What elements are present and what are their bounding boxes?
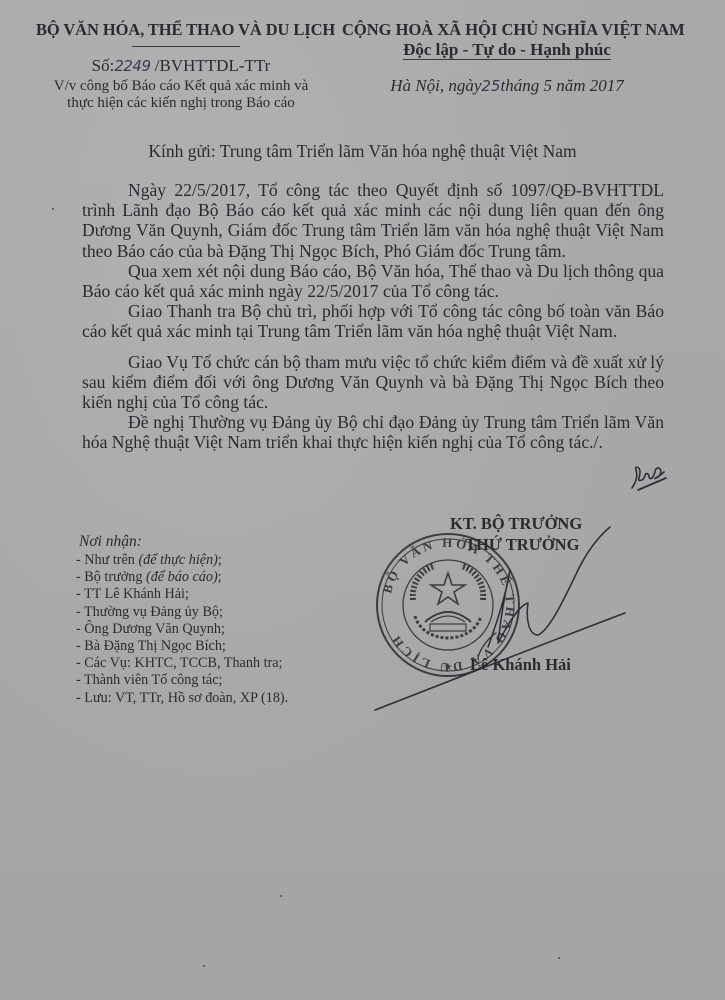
subject-line: thực hiện các kiến nghị trong Báo cáo xyxy=(36,95,326,112)
recipient-item: - Thường vụ Đảng ủy Bộ; xyxy=(76,604,288,621)
signature-icon xyxy=(370,525,630,715)
ministry-underline xyxy=(132,46,240,47)
document-body: Ngày 22/5/2017, Tổ công tác theo Quyết đ… xyxy=(82,180,664,453)
recipient-item: - Các Vụ: KHTC, TCCB, Thanh tra; xyxy=(76,655,288,672)
document-number: Số:2249 /BVHTTDL-TTr xyxy=(36,56,326,76)
recipient-item: - Bà Đặng Thị Ngọc Bích; xyxy=(76,638,288,655)
paper-speck xyxy=(558,957,560,959)
recipients-list: - Như trên (để thực hiện); - Bộ trưởng (… xyxy=(76,552,288,707)
recipient-item: - TT Lê Khánh Hải; xyxy=(76,586,288,603)
document-subject: V/v công bố Báo cáo Kết quả xác minh và … xyxy=(36,78,326,112)
recipient-item: - Lưu: VT, TTr, Hồ sơ đoàn, XP (18). xyxy=(76,690,288,707)
body-paragraph: Qua xem xét nội dung Báo cáo, Bộ Văn hóa… xyxy=(82,261,664,301)
recipient-item: - Như trên (để thực hiện); xyxy=(76,552,288,569)
date-suffix: tháng 5 năm 2017 xyxy=(500,76,623,95)
subject-line: V/v công bố Báo cáo Kết quả xác minh và xyxy=(36,78,326,95)
recipient-item: - Bộ trưởng (để báo cáo); xyxy=(76,569,288,586)
body-paragraph: Giao Thanh tra Bộ chủ trì, phối hợp với … xyxy=(82,301,664,341)
recipient-line: Kính gửi: Trung tâm Triển lãm Văn hóa ng… xyxy=(0,141,725,162)
handwritten-day: 25 xyxy=(481,77,500,95)
ministry-name: BỘ VĂN HÓA, THỂ THAO VÀ DU LỊCH xyxy=(36,20,326,40)
number-suffix: /BVHTTDL-TTr xyxy=(155,56,271,75)
paper-speck xyxy=(52,208,54,210)
recipient-item: - Thành viên Tổ công tác; xyxy=(76,672,288,689)
number-prefix: Số: xyxy=(92,56,115,75)
recipients-title: Nơi nhận: xyxy=(79,533,142,551)
republic-name: CỘNG HOÀ XÃ HỘI CHỦ NGHĨA VIỆT NAM xyxy=(342,20,672,40)
motto-text: Độc lập - Tự do - Hạnh phúc xyxy=(403,40,611,60)
document-date: Hà Nội, ngày25tháng 5 năm 2017 xyxy=(342,76,672,96)
recipient-item: - Ông Dương Văn Quynh; xyxy=(76,621,288,638)
handwritten-number: 2249 xyxy=(114,57,150,75)
national-motto: Độc lập - Tự do - Hạnh phúc xyxy=(342,40,672,60)
initials-mark-icon xyxy=(626,462,668,492)
paper-speck xyxy=(203,965,205,967)
signer-name: Lê Khánh Hải xyxy=(470,655,571,675)
paper-speck xyxy=(280,895,282,897)
body-paragraph: Ngày 22/5/2017, Tổ công tác theo Quyết đ… xyxy=(82,180,664,261)
body-paragraph: Giao Vụ Tổ chức cán bộ tham mưu việc tổ … xyxy=(82,352,664,413)
body-paragraph: Đề nghị Thường vụ Đảng ủy Bộ chỉ đạo Đản… xyxy=(82,412,664,452)
date-prefix: Hà Nội, ngày xyxy=(390,76,481,95)
